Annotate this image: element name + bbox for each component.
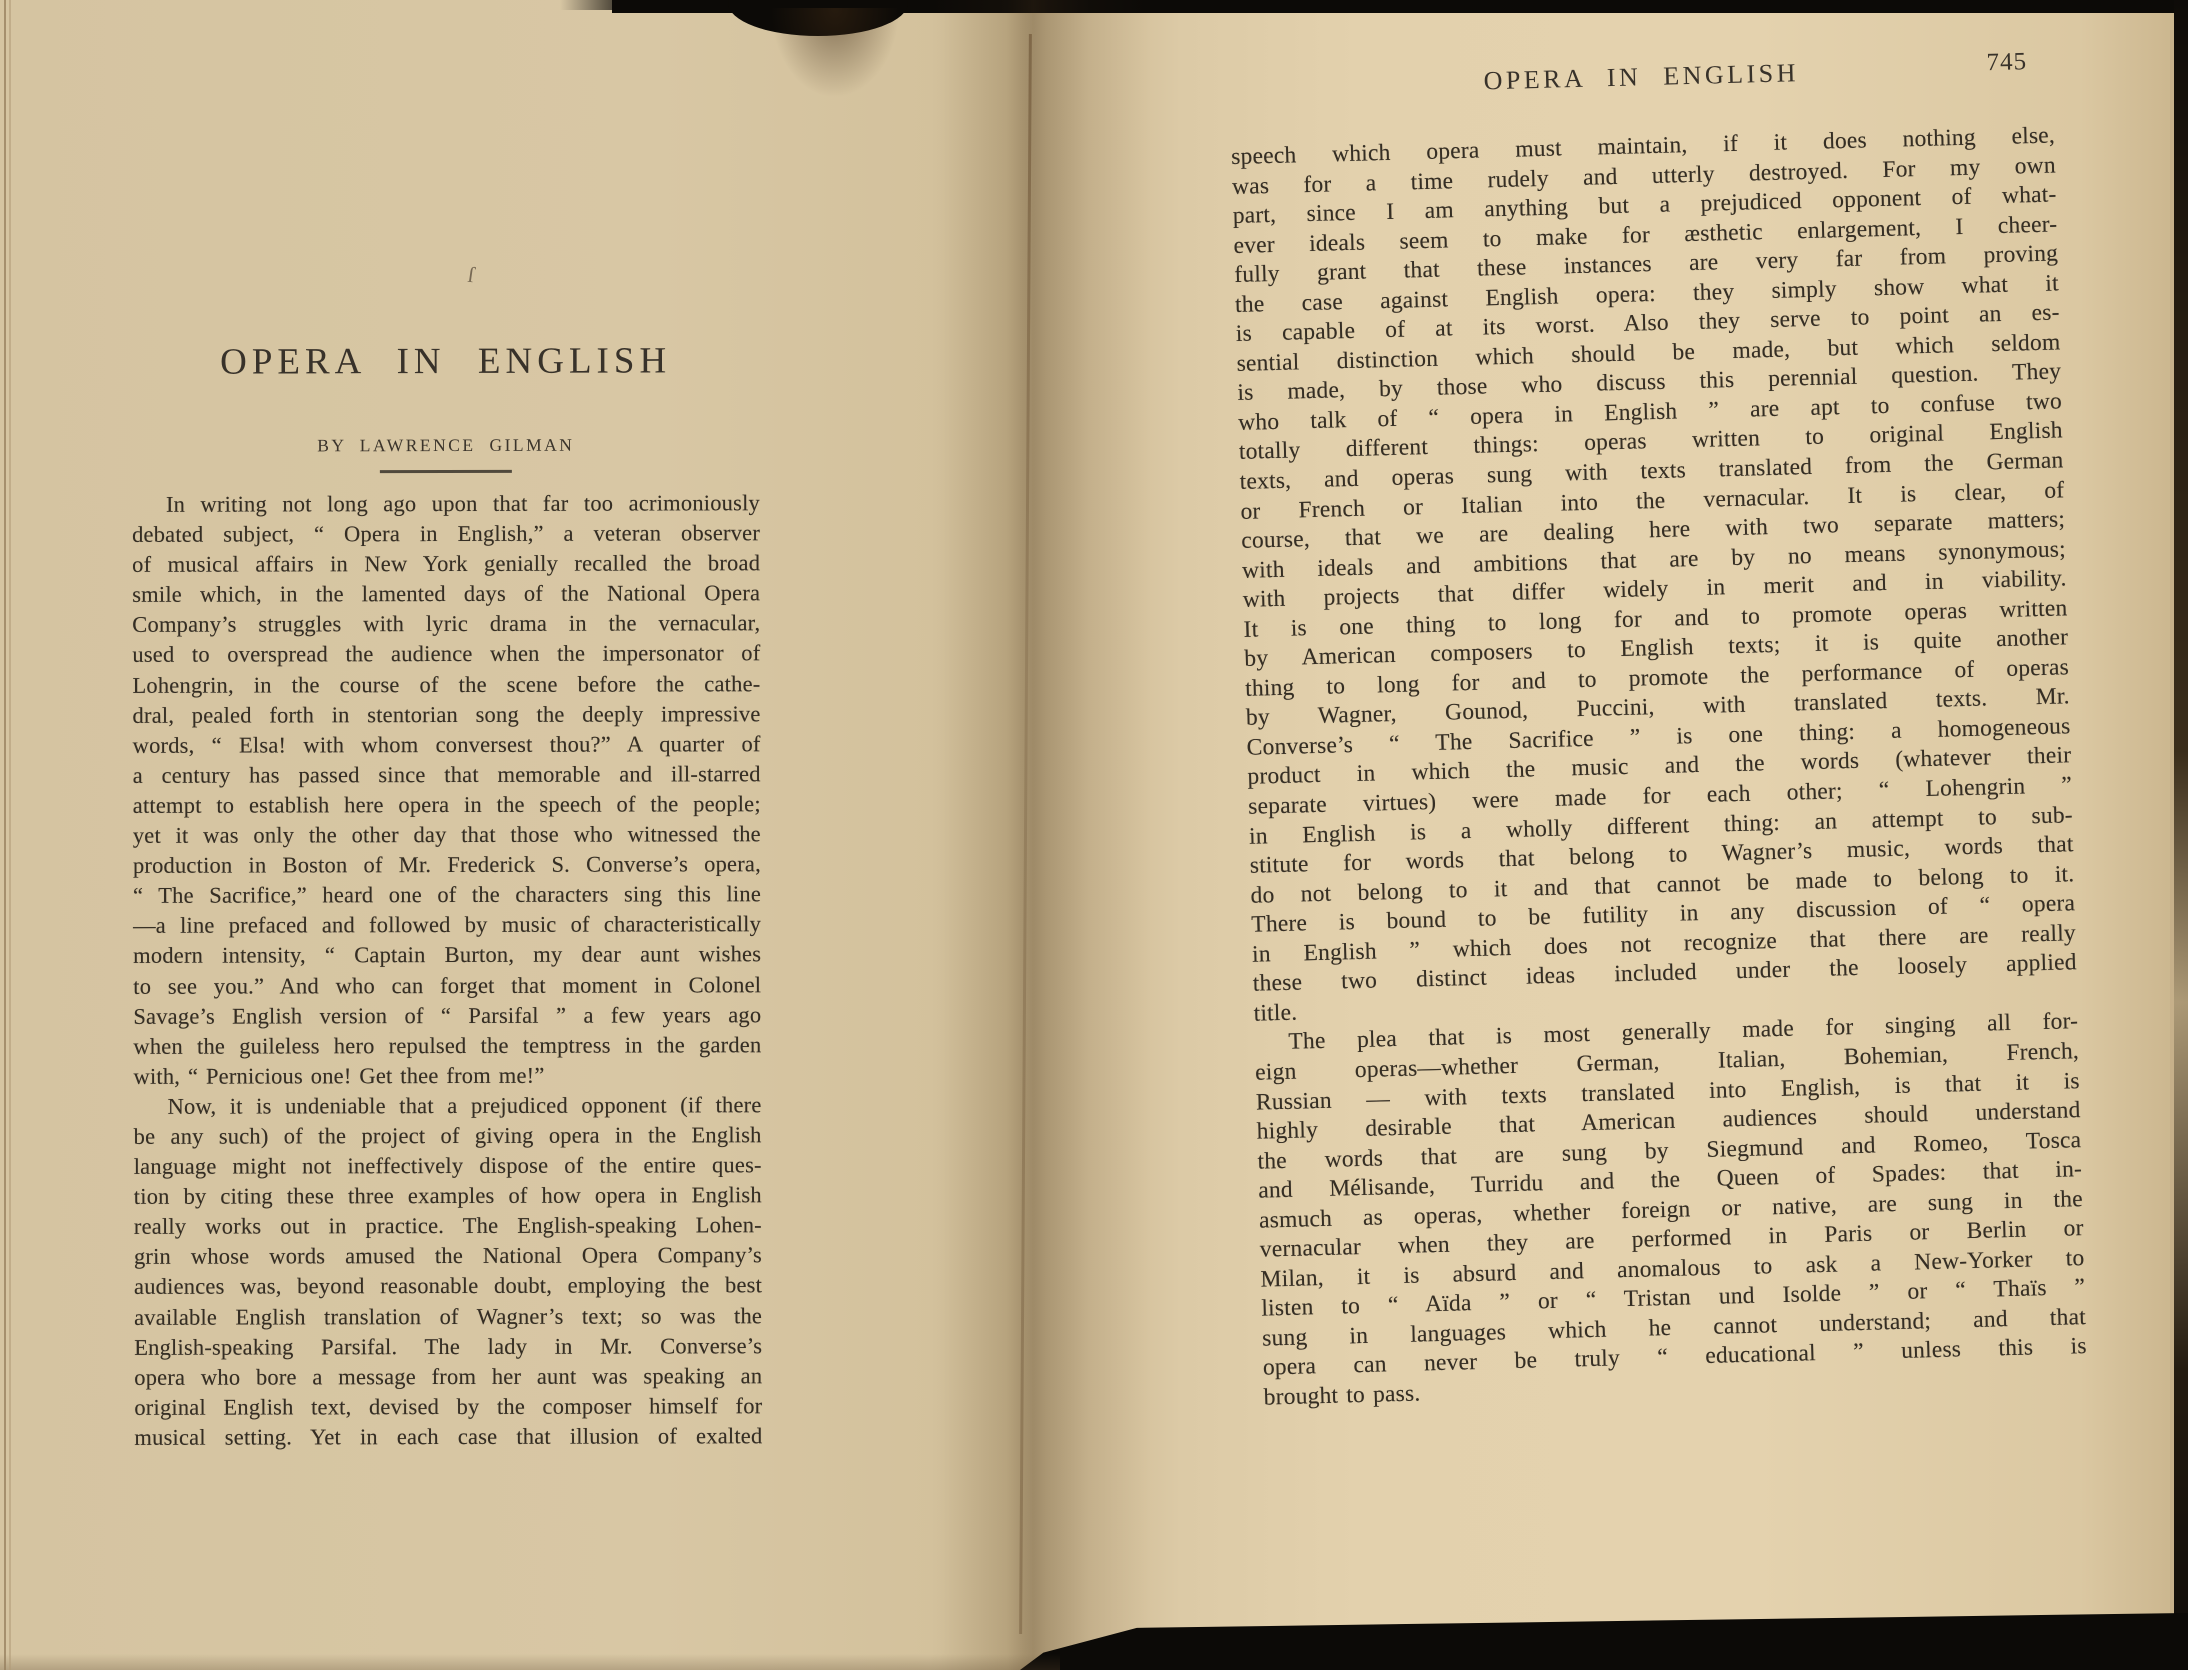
- bottom-scan-edge: [1020, 1608, 2188, 1670]
- gutter-top-shadow: [770, 8, 900, 98]
- text-line: production in Boston of Mr. Frederick S.…: [133, 849, 761, 881]
- text-line: In writing not long ago upon that far to…: [132, 488, 760, 520]
- text-line: musical setting. Yet in each case that i…: [134, 1421, 762, 1453]
- left-page: OPERA IN ENGLISH BY LAWRENCE GILMAN In w…: [132, 339, 763, 1453]
- text-line: Lohengrin, in the course of the scene be…: [132, 669, 760, 701]
- right-scan-edge: [2174, 0, 2188, 1670]
- right-text-column: speech which opera must maintain, if it …: [1231, 121, 2088, 1413]
- bottom-left-shadow: [0, 1654, 1060, 1670]
- text-line: language might not ineffectively dispose…: [134, 1150, 762, 1182]
- running-header-row: OPERA IN ENGLISH 745: [1229, 51, 2054, 113]
- text-line: with, “ Pernicious one! Get thee from me…: [133, 1060, 761, 1092]
- text-line: attempt to establish here opera in the s…: [133, 789, 761, 821]
- text-line: opera who bore a message from her aunt w…: [134, 1361, 762, 1393]
- text-line: smile which, in the lamented days of the…: [132, 578, 760, 610]
- text-line: Now, it is undeniable that a prejudiced …: [134, 1090, 762, 1122]
- text-line: used to overspread the audience when the…: [132, 639, 760, 671]
- text-line: dral, pealed forth in stentorian song th…: [132, 699, 760, 731]
- paragraph: Now, it is undeniable that a prejudiced …: [134, 1090, 763, 1453]
- gutter-shadow: [930, 0, 1150, 1670]
- title-rule: [380, 470, 512, 473]
- left-page-edge-line: [9, 0, 11, 1670]
- text-line: of musical affairs in New York genially …: [132, 548, 760, 580]
- top-scan-edge-taper: [560, 0, 640, 10]
- paragraph: The plea that is most generally made for…: [1254, 1008, 2088, 1414]
- text-line: original English text, devised by the co…: [134, 1391, 762, 1423]
- text-line: “ The Sacrifice,” heard one of the chara…: [133, 879, 761, 911]
- text-line: yet it was only the other day that those…: [133, 819, 761, 851]
- left-page-edge-line: [4, 0, 6, 1670]
- page-number: 745: [1986, 48, 2027, 77]
- text-line: tion by citing these three examples of h…: [134, 1180, 762, 1212]
- book-scan: { "colors": { "paper": "#d8c7a4", "paper…: [0, 0, 2188, 1670]
- text-line: available English translation of Wagner’…: [134, 1301, 762, 1333]
- text-line: audiences was, beyond reasonable doubt, …: [134, 1271, 762, 1303]
- text-line: a century has passed since that memorabl…: [133, 759, 761, 791]
- text-line: to see you.” And who can forget that mom…: [133, 970, 761, 1002]
- stray-pen-mark: ſ: [466, 262, 476, 289]
- text-line: Company’s struggles with lyric drama in …: [132, 609, 760, 641]
- text-line: Savage’s English version of “ Parsifal ”…: [133, 1000, 761, 1032]
- paragraph: speech which opera must maintain, if it …: [1231, 121, 2078, 1029]
- text-line: grin whose words amused the National Ope…: [134, 1241, 762, 1273]
- text-line: English-speaking Parsifal. The lady in M…: [134, 1331, 762, 1363]
- running-header: OPERA IN ENGLISH: [1229, 51, 2054, 103]
- text-line: really works out in practice. The Englis…: [134, 1210, 762, 1242]
- text-line: modern intensity, “ Captain Burton, my d…: [133, 940, 761, 972]
- text-line: words, “ Elsa! with whom conversest thou…: [133, 729, 761, 761]
- text-line: —a line prefaced and followed by music o…: [133, 909, 761, 941]
- text-line: when the guileless hero repulsed the tem…: [133, 1030, 761, 1062]
- paragraph: In writing not long ago upon that far to…: [132, 488, 762, 1092]
- page-title: OPERA IN ENGLISH: [132, 339, 760, 384]
- right-page: OPERA IN ENGLISH 745 speech which opera …: [1229, 51, 2091, 1532]
- text-line: be any such) of the project of giving op…: [134, 1120, 762, 1152]
- byline: BY LAWRENCE GILMAN: [132, 434, 760, 457]
- text-line: debated subject, “ Opera in English,” a …: [132, 518, 760, 550]
- left-text-column: In writing not long ago upon that far to…: [132, 488, 763, 1453]
